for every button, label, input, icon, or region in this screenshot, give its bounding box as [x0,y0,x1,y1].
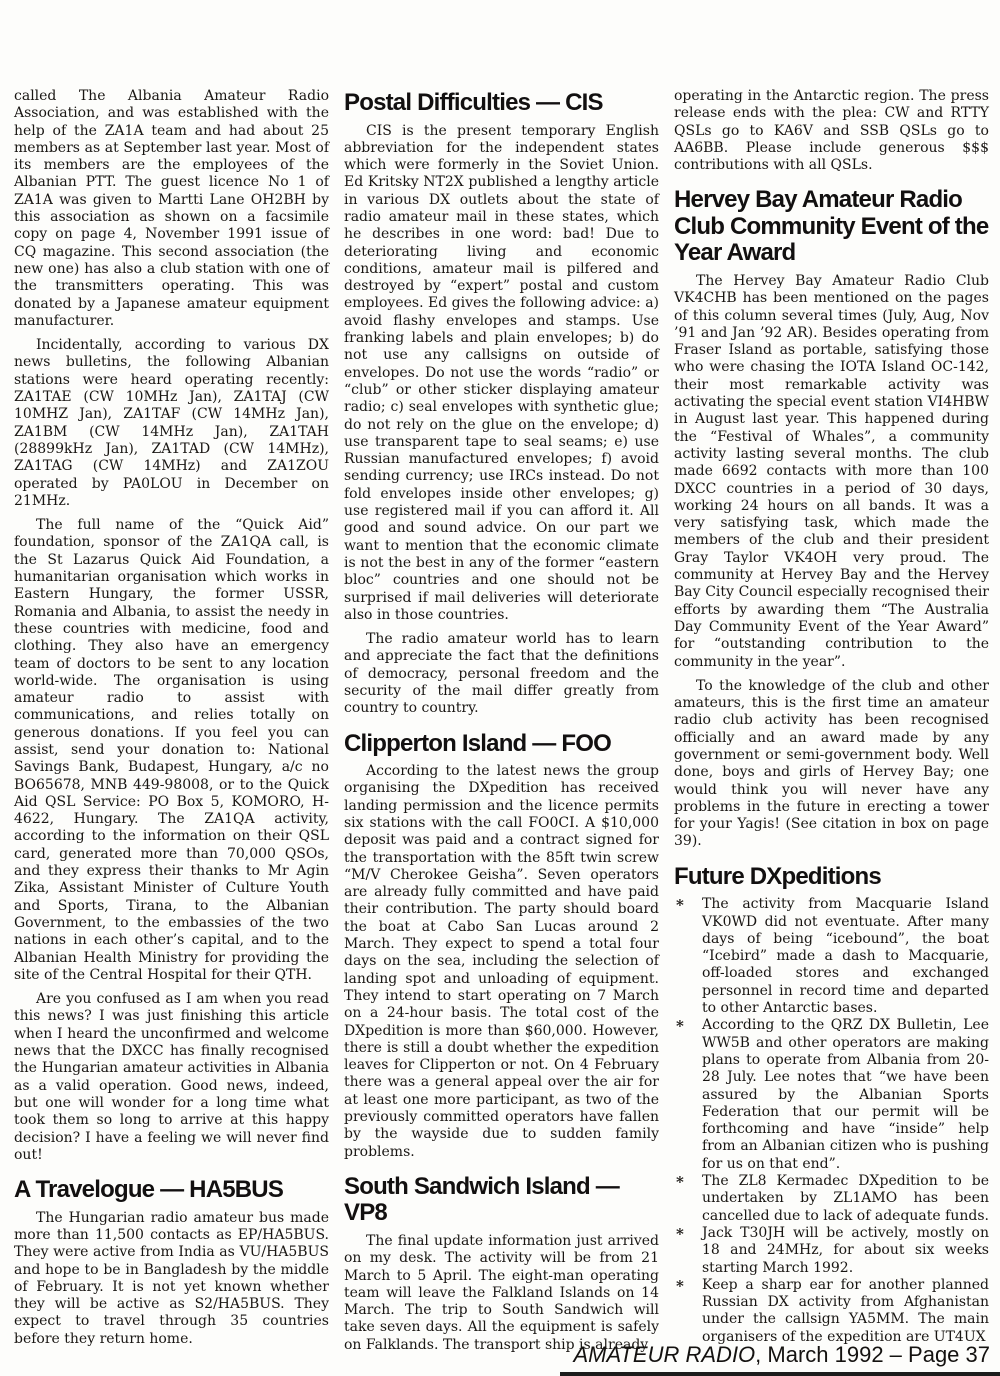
paragraph-albania-association: called The Albania Amateur Radio Associa… [14,88,329,330]
paragraph-hervey-bay-club: The Hervey Bay Amateur Radio Club VK4CHB… [674,273,989,671]
paragraph-quick-aid: The full name of the “Quick Aid” foundat… [14,517,329,984]
column-layout: called The Albania Amateur Radio Associa… [0,0,1000,1361]
bullet-asterisk: * [674,1277,702,1346]
page-footer: AMATEUR RADIO, March 1992 – Page 37 [573,1342,990,1368]
bullet-asterisk: * [674,1225,702,1277]
bullet-asterisk: * [674,896,702,1017]
heading-clipperton-island-foo: Clipperton Island — FOO [344,731,659,758]
paragraph-south-sandwich-update: The final update information just arrive… [344,1233,659,1354]
list-item-text: The ZL8 Kermadec DXpedition to be undert… [702,1173,989,1225]
list-item-macquarie: * The activity from Macquarie Island VK0… [674,896,989,1017]
magazine-title: AMATEUR RADIO [573,1342,755,1367]
paragraph-clipperton-dxpedition: According to the latest news the group o… [344,763,659,1161]
heading-postal-difficulties-cis: Postal Difficulties — CIS [344,90,659,117]
heading-future-dxpeditions: Future DXpeditions [674,864,989,891]
footer-date-page: , March 1992 – Page 37 [755,1342,990,1367]
bullet-asterisk: * [674,1173,702,1225]
list-item-jack-t30jh: * Jack T30JH will be actively, mostly on… [674,1225,989,1277]
heading-hervey-bay-award: Hervey Bay Amateur Radio Club Community … [674,187,989,267]
paragraph-dxcc-recognition: Are you confused as I am when you read t… [14,991,329,1164]
paragraph-first-time-recognised: To the knowledge of the club and other a… [674,678,989,851]
paragraph-ha5bus: The Hungarian radio amateur bus made mor… [14,1210,329,1348]
paragraph-cis-mail-advice: CIS is the present temporary English abb… [344,123,659,625]
bullet-asterisk: * [674,1017,702,1173]
list-item-text: Jack T30JH will be actively, mostly on 1… [702,1225,989,1277]
list-item-text: According to the QRZ DX Bulletin, Lee WW… [702,1017,989,1173]
list-item-albania-plans: * According to the QRZ DX Bulletin, Lee … [674,1017,989,1173]
paragraph-albanian-stations: Incidentally, according to various DX ne… [14,337,329,510]
paragraph-antarctic-qsls: operating in the Antarctic region. The p… [674,88,989,174]
list-item-text: The activity from Macquarie Island VK0WD… [702,896,989,1017]
paragraph-mail-definitions: The radio amateur world has to learn and… [344,631,659,717]
column-3: operating in the Antarctic region. The p… [674,88,989,1361]
heading-south-sandwich-island-vp8: South Sandwich Island — VP8 [344,1174,659,1227]
list-item-ya5mm-afghanistan: * Keep a sharp ear for another planned R… [674,1277,989,1346]
magazine-page: called The Albania Amateur Radio Associa… [0,0,1000,1376]
heading-travelogue-ha5bus: A Travelogue — HA5BUS [14,1177,329,1204]
page-bottom-edge-artifact [560,1372,1000,1376]
list-item-text: Keep a sharp ear for another planned Rus… [702,1277,989,1346]
column-1: called The Albania Amateur Radio Associa… [14,88,329,1361]
column-2: Postal Difficulties — CIS CIS is the pre… [344,88,659,1361]
list-item-zl8-kermadec: * The ZL8 Kermadec DXpedition to be unde… [674,1173,989,1225]
